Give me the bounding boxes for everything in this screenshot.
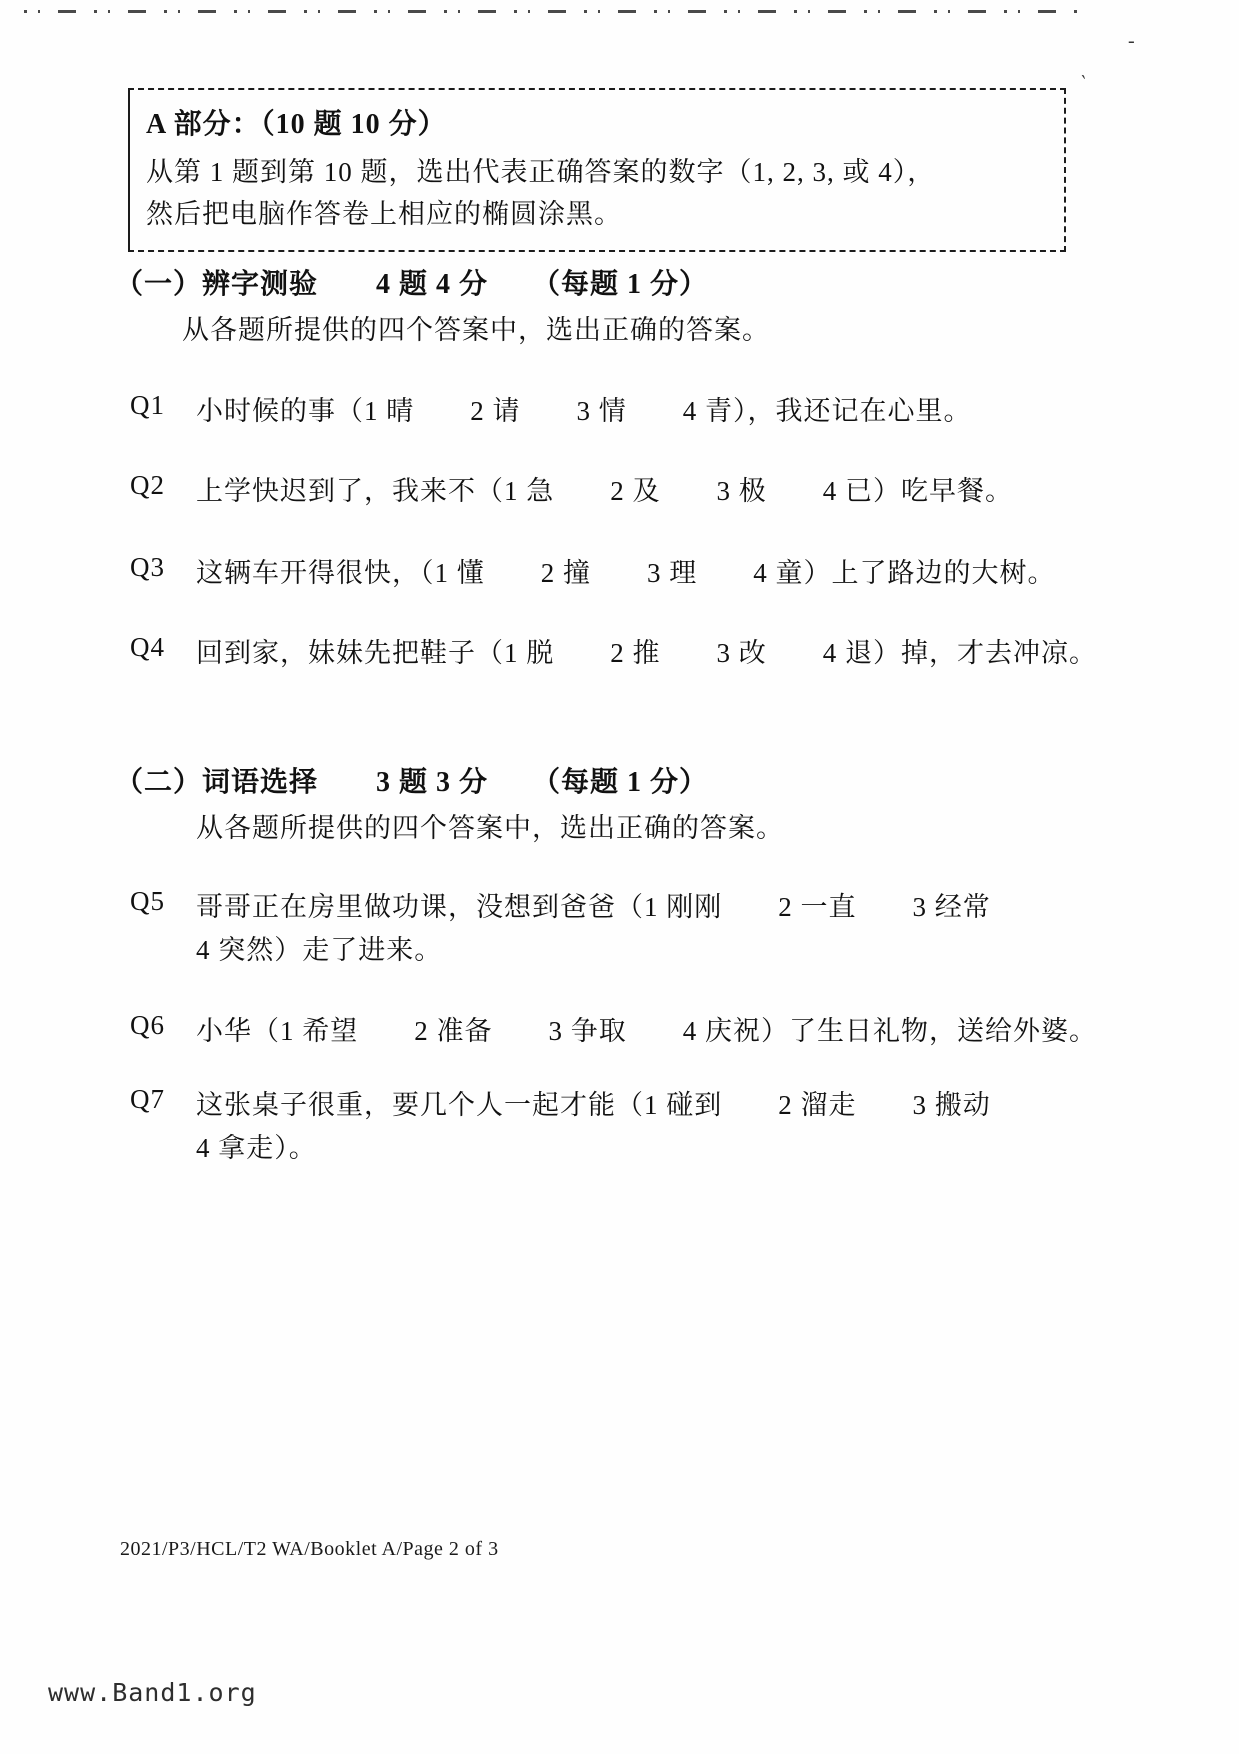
scan-artifact-dot: - bbox=[1128, 30, 1135, 53]
question-text-line: 小华（1 希望 2 准备 3 争取 4 庆祝）了生日礼物，送给外婆。 bbox=[196, 1010, 1097, 1053]
question-q2: Q2 上学快迟到了，我来不（1 急 2 及 3 极 4 已）吃早餐。 bbox=[130, 470, 1013, 513]
question-number: Q4 bbox=[130, 632, 196, 663]
question-q1: Q1 小时候的事（1 晴 2 请 3 情 4 青），我还记在心里。 bbox=[130, 390, 972, 433]
question-q3: Q3 这辆车开得很快，（1 懂 2 撞 3 理 4 童）上了路边的大树。 bbox=[130, 552, 1056, 595]
website-watermark: www.Band1.org bbox=[48, 1678, 257, 1707]
question-number: Q7 bbox=[130, 1084, 196, 1115]
question-q6: Q6 小华（1 希望 2 准备 3 争取 4 庆祝）了生日礼物，送给外婆。 bbox=[130, 1010, 1097, 1053]
question-q7: Q7 这张桌子很重，要几个人一起才能（1 碰到 2 溜走 3 搬动 4 拿走）。 bbox=[130, 1084, 991, 1170]
question-text-line: 4 拿走）。 bbox=[196, 1127, 991, 1170]
scanned-exam-page: ` - A 部分：（10 题 10 分） 从第 1 题到第 10 题，选出代表正… bbox=[0, 0, 1239, 1754]
question-text-line: 4 突然）走了进来。 bbox=[196, 929, 991, 972]
question-number: Q5 bbox=[130, 886, 196, 917]
question-text-line: 回到家，妹妹先把鞋子（1 脱 2 推 3 改 4 退）掉，才去冲凉。 bbox=[196, 632, 1097, 675]
section-1-heading: （一）辨字测验 4 题 4 分 （每题 1 分） bbox=[115, 262, 708, 302]
section-a-title: A 部分：（10 题 10 分） bbox=[146, 102, 1046, 142]
question-number: Q3 bbox=[130, 552, 196, 583]
section-2-heading: （二）词语选择 3 题 3 分 （每题 1 分） bbox=[115, 760, 708, 800]
section-a-instruction-box: A 部分：（10 题 10 分） 从第 1 题到第 10 题，选出代表正确答案的… bbox=[128, 88, 1066, 252]
scan-artifact-top-line bbox=[24, 10, 1084, 13]
section-a-instruction-line2: 然后把电脑作答卷上相应的椭圆涂黑。 bbox=[146, 194, 1046, 236]
section-2-instruction: 从各题所提供的四个答案中，选出正确的答案。 bbox=[196, 806, 784, 845]
question-number: Q6 bbox=[130, 1010, 196, 1041]
question-text-line: 小时候的事（1 晴 2 请 3 情 4 青），我还记在心里。 bbox=[196, 390, 972, 433]
question-text-line: 哥哥正在房里做功课，没想到爸爸（1 刚刚 2 一直 3 经常 bbox=[196, 886, 991, 929]
question-number: Q2 bbox=[130, 470, 196, 501]
section-1-instruction: 从各题所提供的四个答案中，选出正确的答案。 bbox=[182, 308, 770, 347]
page-footer-reference: 2021/P3/HCL/T2 WA/Booklet A/Page 2 of 3 bbox=[120, 1538, 499, 1561]
question-text-line: 这辆车开得很快，（1 懂 2 撞 3 理 4 童）上了路边的大树。 bbox=[196, 552, 1056, 595]
section-a-instruction-line1: 从第 1 题到第 10 题，选出代表正确答案的数字（1, 2, 3, 或 4）， bbox=[146, 152, 1046, 194]
question-q5: Q5 哥哥正在房里做功课，没想到爸爸（1 刚刚 2 一直 3 经常 4 突然）走… bbox=[130, 886, 991, 972]
scan-artifact-tick: ` bbox=[1075, 72, 1088, 96]
question-q4: Q4 回到家，妹妹先把鞋子（1 脱 2 推 3 改 4 退）掉，才去冲凉。 bbox=[130, 632, 1097, 675]
question-text-line: 这张桌子很重，要几个人一起才能（1 碰到 2 溜走 3 搬动 bbox=[196, 1084, 991, 1127]
question-number: Q1 bbox=[130, 390, 196, 421]
question-text-line: 上学快迟到了，我来不（1 急 2 及 3 极 4 已）吃早餐。 bbox=[196, 470, 1013, 513]
